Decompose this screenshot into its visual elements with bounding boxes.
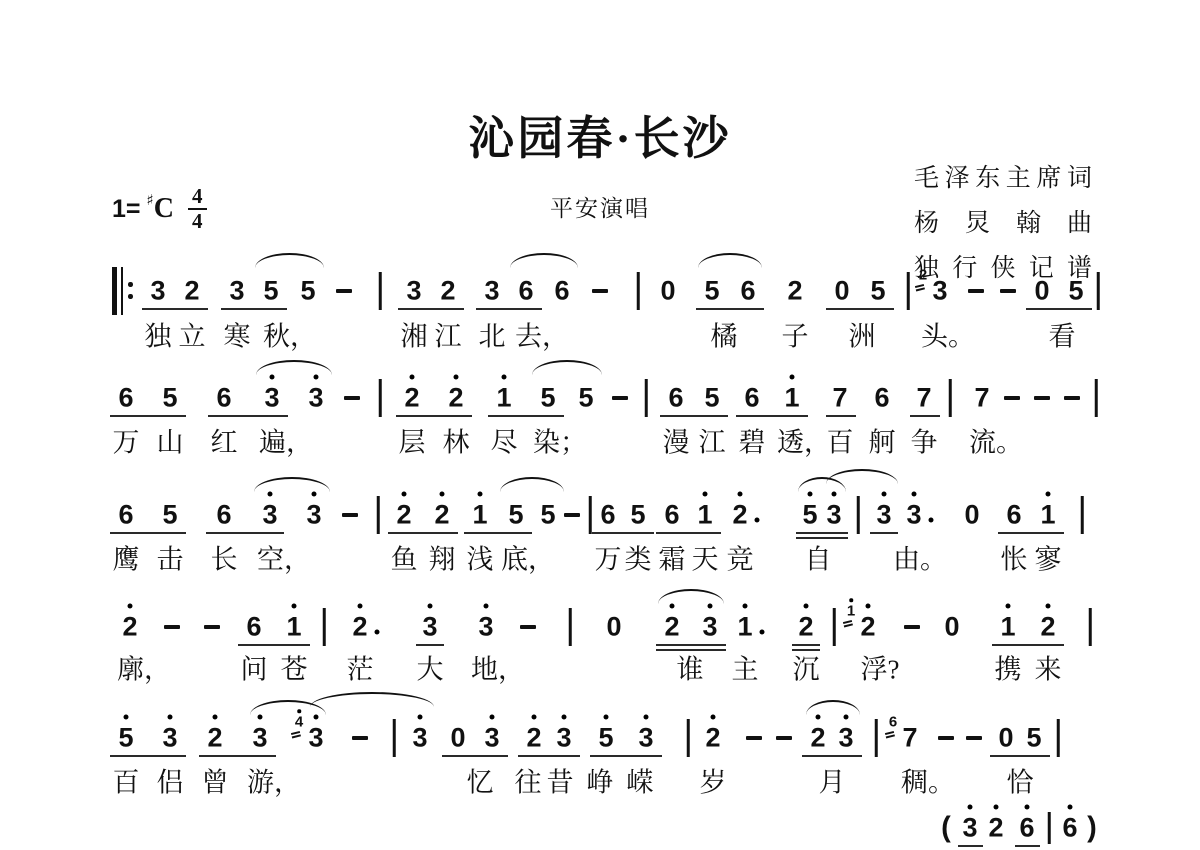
barline [687, 719, 690, 757]
octave-dot [292, 604, 297, 609]
lyric-char: 寒 [224, 324, 251, 351]
note-digit: 3 [826, 502, 841, 529]
octave-dot [790, 375, 795, 380]
octave-dot [708, 604, 713, 609]
grace-hook-icon [843, 620, 852, 624]
octave-dot [703, 492, 708, 497]
note-digit: 1 [1000, 614, 1015, 641]
note-digit: 2 [404, 385, 419, 412]
beam-line [464, 532, 532, 534]
beam-line [488, 415, 564, 417]
repeat-begin-icon [121, 267, 123, 315]
note-digit: 6 [216, 502, 231, 529]
beam-line [199, 755, 276, 757]
note-digit: 6 [668, 385, 683, 412]
octave-dot [270, 375, 275, 380]
note-digit: 6 [118, 385, 133, 412]
note-digit: 0 [964, 502, 979, 529]
octave-dot [912, 492, 917, 497]
note-digit: 3 [306, 502, 321, 529]
octave-dot [312, 492, 317, 497]
beam-line [518, 755, 580, 757]
duration-dash [904, 625, 920, 629]
beam-line [870, 532, 898, 534]
octave-dot [314, 715, 319, 720]
note-digit: 3 [702, 614, 717, 641]
sheet-music-page: 沁园春·长沙 平安演唱 1=♯C 4 4 毛泽东主席词 杨 炅 翰 曲 独行侠记… [0, 0, 1200, 850]
lyric-char: 主 [732, 657, 759, 684]
beam-line [416, 644, 444, 646]
note-digit: 2 [434, 502, 449, 529]
octave-dot [804, 604, 809, 609]
paren: ) [1087, 814, 1097, 843]
augmentation-dot [375, 630, 380, 635]
note-digit: 3 [162, 725, 177, 752]
note-digit: 1 [1040, 502, 1055, 529]
octave-dot [490, 715, 495, 720]
lyric-char: 独 [145, 324, 172, 351]
barline [1095, 379, 1098, 417]
octave-dot [994, 805, 999, 810]
octave-dot [124, 715, 129, 720]
octave-dot [358, 604, 363, 609]
octave-dot [128, 604, 133, 609]
lyric-char: 廓， [117, 657, 171, 684]
duration-dash [164, 625, 180, 629]
barline [1081, 496, 1084, 534]
beam-line [660, 415, 728, 417]
octave-dot [604, 715, 609, 720]
note-digit: 3 [484, 278, 499, 305]
barline [857, 496, 860, 534]
barline [645, 379, 648, 417]
beam-line [656, 649, 726, 651]
lyric-char: 去， [515, 324, 569, 351]
duration-dash [520, 625, 536, 629]
octave-dot [268, 492, 273, 497]
note-digit: 3 [412, 725, 427, 752]
note-digit: 7 [974, 385, 989, 412]
note-digit: 3 [876, 502, 891, 529]
beam-line [208, 415, 288, 417]
note-digit: 5 [1068, 278, 1083, 305]
note-digit: 5 [704, 278, 719, 305]
octave-dot [168, 715, 173, 720]
note-digit: 3 [962, 815, 977, 842]
lyric-char: 北 [479, 324, 506, 351]
note-digit: 5 [598, 725, 613, 752]
note-digit: 2 [207, 725, 222, 752]
key-tonic: 1= [112, 195, 141, 224]
duration-dash [746, 736, 762, 740]
note-digit: 3 [932, 278, 947, 305]
beam-line [802, 755, 862, 757]
note-digit: 3 [308, 385, 323, 412]
beam-line [142, 308, 208, 310]
note-digit: 5 [300, 278, 315, 305]
lyric-char: 漫 [663, 430, 690, 457]
lyric-char: 浅 [467, 547, 494, 574]
octave-dot [314, 375, 319, 380]
beam-line [110, 755, 186, 757]
beam-line [388, 532, 458, 534]
slur-arc [310, 692, 434, 707]
beam-line [796, 532, 848, 534]
time-signature-numerator: 4 [188, 186, 207, 210]
note-digit: 6 [554, 278, 569, 305]
note-digit: 6 [1006, 502, 1021, 529]
barline [637, 272, 640, 310]
repeat-begin-icon [112, 267, 117, 315]
octave-dot [711, 715, 716, 720]
lyric-char: 月 [819, 770, 846, 797]
octave-dot [502, 375, 507, 380]
duration-dash [612, 396, 628, 400]
time-signature-denominator: 4 [188, 210, 207, 232]
lyric-char: 尽 [491, 430, 518, 457]
lyric-char: 类 [625, 547, 652, 574]
lyric-char: 底， [501, 547, 555, 574]
lyric-char: 万 [113, 430, 140, 457]
note-digit: 5 [162, 385, 177, 412]
octave-dot [844, 715, 849, 720]
lyric-char: 谁 [677, 657, 704, 684]
lyric-char: 万 [595, 547, 622, 574]
beam-line [1026, 308, 1092, 310]
beam-line [998, 532, 1064, 534]
lyric-char: 昔 [547, 770, 574, 797]
barline [1057, 719, 1060, 757]
beam-line [958, 845, 983, 847]
duration-dash [776, 736, 792, 740]
note-digit: 2 [448, 385, 463, 412]
note-digit: 3 [308, 725, 323, 752]
note-digit: 3 [478, 614, 493, 641]
augmentation-dot [755, 518, 760, 523]
paren: ( [941, 814, 951, 843]
lyric-char: 茫 [347, 657, 374, 684]
duration-dash [344, 396, 360, 400]
octave-dot [418, 715, 423, 720]
lyric-char: 江 [699, 430, 726, 457]
beam-line [826, 415, 856, 417]
slur-arc [532, 360, 602, 375]
barline [1089, 608, 1092, 646]
note-digit: 5 [802, 502, 817, 529]
lyric-char: 鱼 [391, 547, 418, 574]
duration-dash [1034, 396, 1050, 400]
key-note: C [154, 193, 174, 225]
lyric-char: 恰 [1007, 770, 1034, 797]
lyric-char: 携 [995, 657, 1022, 684]
note-digit: 0 [834, 278, 849, 305]
duration-dash [342, 513, 358, 517]
octave-dot [832, 492, 837, 497]
octave-dot [816, 715, 821, 720]
lyric-char: 岁 [700, 770, 727, 797]
note-digit: 3 [406, 278, 421, 305]
note-digit: 2 [705, 725, 720, 752]
beam-line [1015, 845, 1040, 847]
key-signature: 1=♯C 4 4 [112, 186, 207, 232]
note-digit: 2 [860, 614, 875, 641]
octave-dot [743, 604, 748, 609]
augmentation-dot [929, 518, 934, 523]
beam-line [736, 415, 808, 417]
note-digit: 5 [162, 502, 177, 529]
note-digit: 2 [352, 614, 367, 641]
octave-dot [532, 715, 537, 720]
note-digit: 1 [496, 385, 511, 412]
beam-line [110, 532, 186, 534]
note-digit: 5 [540, 502, 555, 529]
slur-arc [806, 700, 860, 715]
lyric-char: 稠。 [901, 770, 955, 797]
lyric-char: 百 [113, 770, 140, 797]
lyric-char: 翔 [429, 547, 456, 574]
grace-note: 4 [295, 715, 303, 730]
slur-arc [698, 253, 762, 268]
lyric-char: 透， [777, 430, 831, 457]
lyric-char: 湘 [401, 324, 428, 351]
grace-octave-dot [849, 598, 853, 602]
barline [379, 272, 382, 310]
octave-dot [454, 375, 459, 380]
note-digit: 2 [787, 278, 802, 305]
note-digit: 0 [944, 614, 959, 641]
repeat-dots-icon [128, 282, 133, 287]
note-digit: 3 [906, 502, 921, 529]
duration-dash [966, 736, 982, 740]
octave-dot [484, 604, 489, 609]
note-digit: 5 [118, 725, 133, 752]
lyric-char: 侣 [157, 770, 184, 797]
octave-dot [808, 492, 813, 497]
note-digit: 5 [508, 502, 523, 529]
octave-dot [562, 715, 567, 720]
lyric-char: 自 [805, 547, 832, 574]
lyric-char: 遍， [259, 430, 313, 457]
note-digit: 5 [540, 385, 555, 412]
time-signature: 4 4 [188, 186, 207, 232]
octave-dot [738, 492, 743, 497]
note-digit: 6 [246, 614, 261, 641]
lyric-char: 怅 [1001, 547, 1028, 574]
note-digit: 6 [740, 278, 755, 305]
note-digit: 3 [838, 725, 853, 752]
note-digit: 2 [440, 278, 455, 305]
lyric-char: 江 [435, 324, 462, 351]
note-digit: 5 [578, 385, 593, 412]
note-digit: 0 [450, 725, 465, 752]
duration-dash [352, 736, 368, 740]
octave-dot [258, 715, 263, 720]
note-digit: 6 [518, 278, 533, 305]
note-digit: 2 [810, 725, 825, 752]
lyric-char: 秋， [263, 324, 317, 351]
lyric-char: 橘 [711, 324, 738, 351]
barline [949, 379, 952, 417]
beam-line [696, 308, 764, 310]
note-digit: 2 [664, 614, 679, 641]
note-digit: 1 [737, 614, 752, 641]
beam-line [590, 755, 662, 757]
duration-dash [1004, 396, 1020, 400]
lyric-char: 舸 [869, 430, 896, 457]
beam-line [110, 415, 186, 417]
grace-hook-icon [291, 731, 300, 735]
lyric-char: 染； [533, 430, 587, 457]
duration-dash [564, 513, 580, 517]
lyric-char: 地， [471, 657, 525, 684]
note-digit: 0 [1034, 278, 1049, 305]
beam-line [221, 308, 287, 310]
octave-dot [478, 492, 483, 497]
lyric-char: 曾 [202, 770, 229, 797]
lyric-char: 争 [911, 430, 938, 457]
octave-dot [1046, 492, 1051, 497]
note-digit: 7 [916, 385, 931, 412]
barline [1097, 272, 1100, 310]
lyric-char: 百 [827, 430, 854, 457]
grace-note: 2 [919, 268, 927, 283]
barline [323, 608, 326, 646]
slur-arc [255, 253, 324, 268]
note-digit: 6 [216, 385, 231, 412]
octave-dot [866, 604, 871, 609]
octave-dot [968, 805, 973, 810]
lyric-char: 嵘 [627, 770, 654, 797]
note-digit: 3 [150, 278, 165, 305]
barline [393, 719, 396, 757]
note-digit: 5 [870, 278, 885, 305]
barline [569, 608, 572, 646]
barline [377, 496, 380, 534]
grace-note: 6 [889, 715, 897, 730]
note-digit: 6 [1019, 815, 1034, 842]
note-digit: 3 [252, 725, 267, 752]
octave-dot [213, 715, 218, 720]
duration-dash [1064, 396, 1080, 400]
lyric-char: 流。 [969, 430, 1023, 457]
beam-line [990, 755, 1050, 757]
note-digit: 3 [556, 725, 571, 752]
lyric-char: 来 [1035, 657, 1062, 684]
barline [875, 719, 878, 757]
note-digit: 3 [422, 614, 437, 641]
composer-credit: 杨 炅 翰 曲 [914, 203, 1092, 239]
note-digit: 0 [606, 614, 621, 641]
grace-note: 1 [847, 604, 855, 619]
slur-arc [256, 360, 332, 375]
slur-arc [510, 253, 578, 268]
note-digit: 1 [697, 502, 712, 529]
barline [833, 608, 836, 646]
beam-line [206, 532, 284, 534]
note-digit: 1 [472, 502, 487, 529]
lyric-char: 天 [692, 547, 719, 574]
note-digit: 5 [1026, 725, 1041, 752]
duration-dash [592, 289, 608, 293]
duration-dash [204, 625, 220, 629]
slur-arc [826, 469, 898, 484]
lyric-char: 寥 [1035, 547, 1062, 574]
duration-dash [1000, 289, 1016, 293]
duration-dash [336, 289, 352, 293]
note-digit: 2 [396, 502, 411, 529]
lyric-char: 鹰 [113, 547, 140, 574]
note-digit: 6 [118, 502, 133, 529]
lyric-char: 长 [211, 547, 238, 574]
note-digit: 7 [902, 725, 917, 752]
beam-line [826, 308, 894, 310]
slur-arc [500, 477, 564, 492]
note-digit: 5 [704, 385, 719, 412]
lyric-char: 子 [782, 324, 809, 351]
lyric-char: 层 [399, 430, 426, 457]
octave-dot [1006, 604, 1011, 609]
beam-line [656, 644, 726, 646]
note-digit: 3 [638, 725, 653, 752]
lyric-char: 忆 [467, 770, 494, 797]
lyric-char: 大 [417, 657, 444, 684]
lyric-char: 头。 [921, 324, 975, 351]
lyric-char: 往 [515, 770, 542, 797]
grace-hook-icon [885, 731, 894, 735]
lyric-char: 竞 [727, 547, 754, 574]
octave-dot [1068, 805, 1073, 810]
beam-line [476, 308, 542, 310]
lyric-char: 红 [211, 430, 238, 457]
lyric-char: 问 [241, 657, 268, 684]
note-digit: 1 [784, 385, 799, 412]
beam-line [792, 644, 820, 646]
note-digit: 2 [1040, 614, 1055, 641]
beam-line [792, 649, 820, 651]
note-digit: 6 [664, 502, 679, 529]
beam-line [592, 532, 654, 534]
note-digit: 3 [484, 725, 499, 752]
beam-line [396, 415, 472, 417]
octave-dot [644, 715, 649, 720]
octave-dot [402, 492, 407, 497]
lyric-char: 山 [157, 430, 184, 457]
octave-dot [882, 492, 887, 497]
barline [589, 496, 592, 534]
note-digit: 6 [744, 385, 759, 412]
lyric-char: 看 [1049, 324, 1076, 351]
sharp-icon: ♯ [147, 191, 154, 209]
lyric-char: 游， [247, 770, 301, 797]
barline [1048, 812, 1051, 844]
note-digit: 6 [1062, 815, 1077, 842]
lyric-char: 峥 [587, 770, 614, 797]
note-digit: 1 [286, 614, 301, 641]
lyric-char: 碧 [739, 430, 766, 457]
note-digit: 0 [660, 278, 675, 305]
note-digit: 2 [798, 614, 813, 641]
lyric-char: 空， [257, 547, 311, 574]
beam-line [910, 415, 940, 417]
slur-arc [658, 589, 724, 604]
note-digit: 5 [263, 278, 278, 305]
note-digit: 3 [229, 278, 244, 305]
credits-block: 毛泽东主席词 杨 炅 翰 曲 独行侠记谱 [914, 158, 1092, 293]
lyric-char: 沉 [793, 657, 820, 684]
note-digit: 2 [122, 614, 137, 641]
beam-line [656, 532, 721, 534]
lyric-char: 洲 [849, 324, 876, 351]
